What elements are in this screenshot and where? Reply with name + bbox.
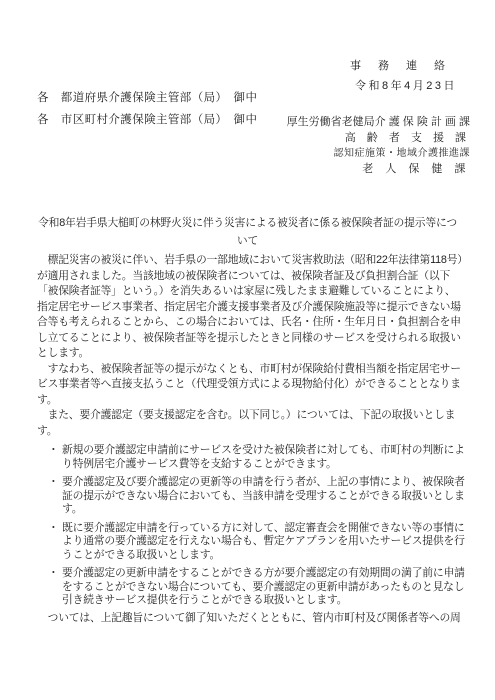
bullet-text: 新規の要介護認定申請前にサービスを受けた被保険者に対しても、市町村の判断によ り… [62, 444, 465, 471]
bullet-text: 既に要介護認定申請を行っている方に対して、認定審査会を開催できない等の事情に よ… [62, 522, 465, 563]
sender-line-kaigo-hoken-keikaku: 厚生労働省老健局介 護 保 険 計 画 課 [287, 115, 470, 131]
doc-date: 令和8年4月23日 [350, 76, 457, 96]
bullet-item-accept-application: ・ 要介護認定及び要介護認定の更新等の申請を行う者が、上記の事情により、被保険者… [37, 476, 477, 517]
bullet-item-new-application: ・ 新規の要介護認定申請前にサービスを受けた被保険者に対しても、市町村の判断によ… [37, 444, 477, 471]
sender-line-rojin-hoken: 老 人 保 健 課 [287, 162, 470, 178]
paragraph-direct-payment: すなわち、被保険者証等の提示がなくとも、市町村が保険給付費相当額を指定居宅サー … [37, 362, 477, 409]
recipient-line-municipalities: 各 市区町村介護保険主管部（局） 御中 [37, 109, 257, 131]
sender-line-ninchisho-chiiki: 認知症施策・地域介護推進課 [287, 146, 470, 162]
document-header: 事 務 連 絡 令和8年4月23日 [350, 56, 457, 96]
bullet-marker: ・ [48, 567, 62, 608]
document-title: 令和8年岩手県大槌町の林野火災に伴う災害による被災者に係る被保険者証の提示等につ… [0, 215, 495, 250]
sender-block: 厚生労働省老健局介 護 保 険 計 画 課 高 齢 者 支 援 課 認知症施策・… [287, 115, 470, 177]
recipient-line-prefectures: 各 都道府県介護保険主管部（局） 御中 [37, 87, 257, 109]
doc-type-label: 事 務 連 絡 [350, 56, 448, 76]
recipients-block: 各 都道府県介護保険主管部（局） 御中 各 市区町村介護保険主管部（局） 御中 [37, 87, 257, 131]
paragraph-nintei-intro: また、要介護認定（要支援認定を含む。以下同じ。）については、下記の取扱いとしま … [37, 408, 477, 439]
sender-line-koreisha-shien: 高 齢 者 支 援 課 [287, 131, 470, 147]
paragraph-disaster-application: 標記災害の被災に伴い、岩手県の一部地域において災害救助法（昭和22年法律第118… [37, 253, 477, 362]
bullet-item-provisional-careplan: ・ 既に要介護認定申請を行っている方に対して、認定審査会を開催できない等の事情に… [37, 522, 477, 563]
bullet-item-renewal-deemed: ・ 要介護認定の更新申請をすることができる方が要介護認定の有効期間の満了前に申請… [37, 567, 477, 608]
bullet-marker: ・ [48, 444, 62, 471]
bullet-text: 要介護認定の更新申請をすることができる方が要介護認定の有効期間の満了前に申請 を… [62, 567, 465, 608]
document-page: 事 務 連 絡 令和8年4月23日 各 都道府県介護保険主管部（局） 御中 各 … [0, 0, 495, 700]
document-body: 標記災害の被災に伴い、岩手県の一部地域において災害救助法（昭和22年法律第118… [37, 253, 477, 625]
bullet-text: 要介護認定及び要介護認定の更新等の申請を行う者が、上記の事情により、被保険者 証… [62, 476, 465, 517]
bullet-marker: ・ [48, 522, 62, 563]
closing-paragraph: ついては、上記趣旨について御了知いただくとともに、管内市町村及び関係者等への周 [37, 612, 477, 626]
bullet-marker: ・ [48, 476, 62, 517]
